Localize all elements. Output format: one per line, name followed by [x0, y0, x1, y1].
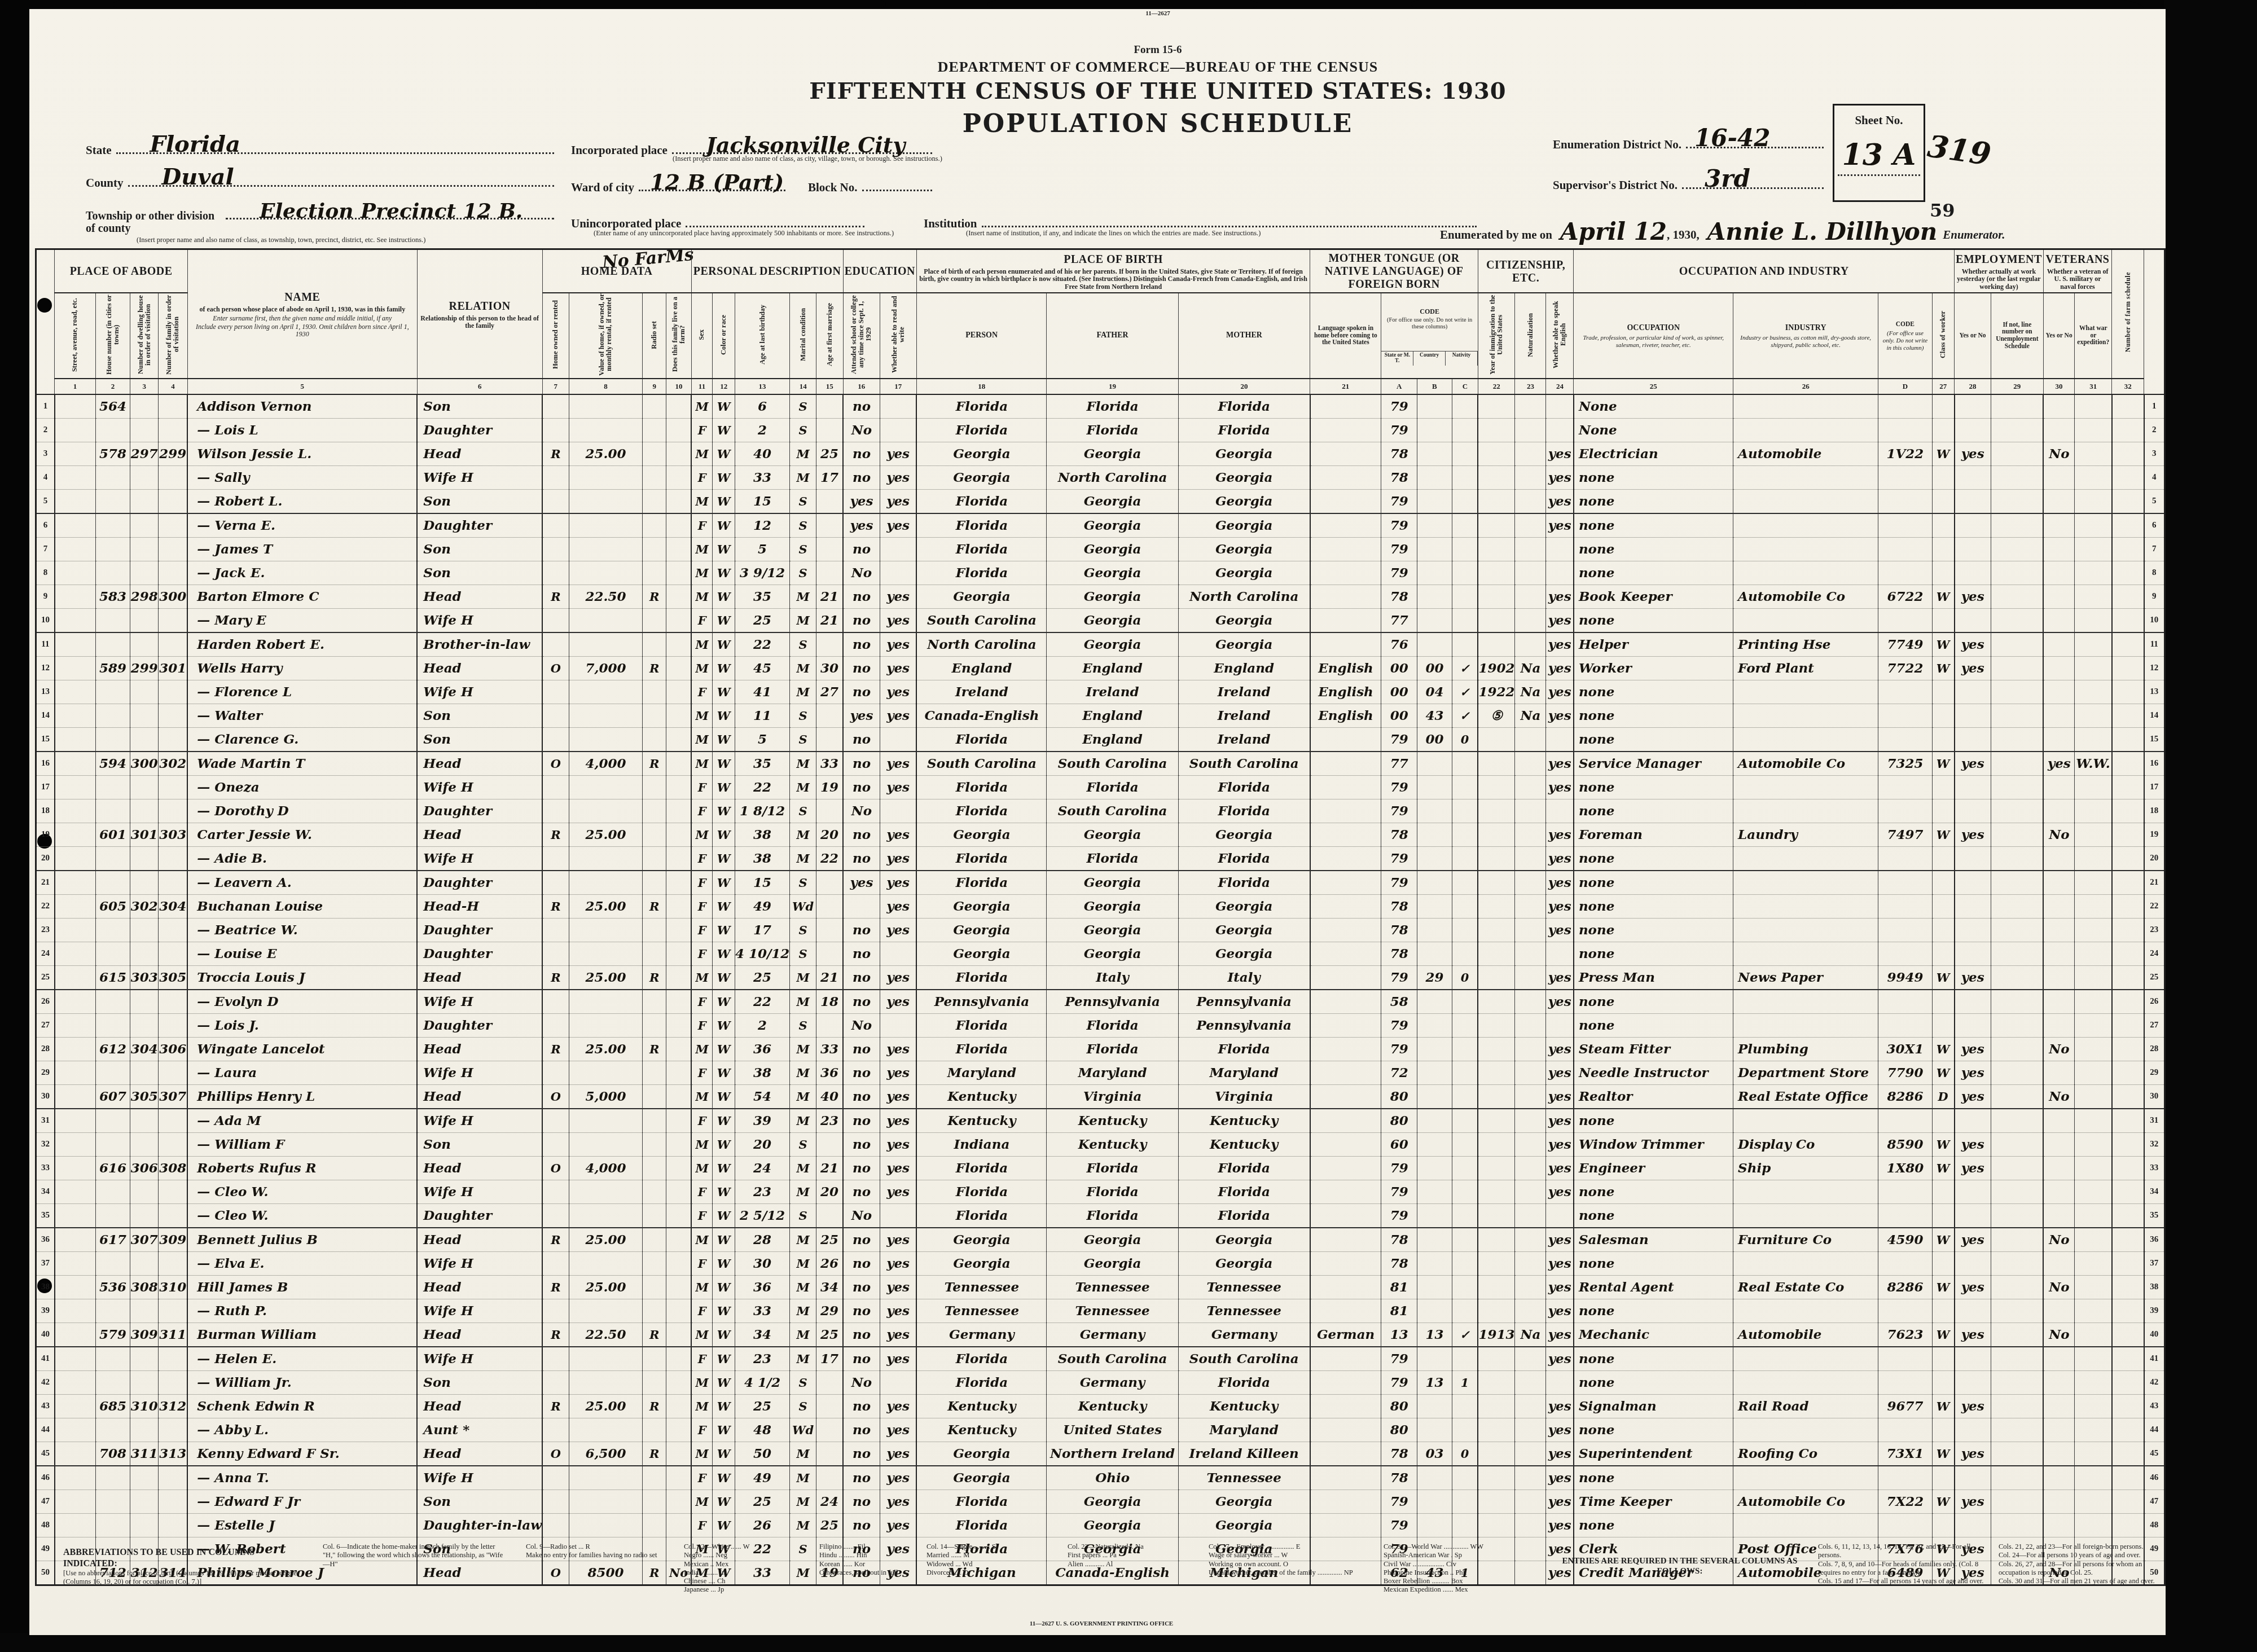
cell-r44-farm [666, 1418, 691, 1442]
cell-r13-sex: F [691, 680, 713, 704]
cell-r7-ln: 7 [36, 538, 55, 561]
cell-r6-rel: Daughter [417, 513, 542, 538]
cell-r47-imm [1478, 1490, 1515, 1514]
cell-r23-radio [643, 919, 666, 942]
cell-r40-sch: no [843, 1323, 880, 1347]
cell-r46-cls [1932, 1466, 1955, 1490]
cell-r46-age: 49 [735, 1466, 789, 1490]
cell-r34-pbm: Florida [1178, 1180, 1310, 1204]
cell-r41-work [1955, 1347, 1991, 1371]
township-field: Township or other division of county Ele… [86, 210, 554, 235]
cell-r23-lang [1310, 919, 1381, 942]
column-number: 16 [843, 379, 880, 394]
incorporated-label: Incorporated place [571, 143, 668, 157]
cell-r6-lang [1310, 513, 1381, 538]
cell-r4-farm [666, 466, 691, 490]
cell-r1-vet [2043, 394, 2075, 419]
sheet-extra-number: 319 [1925, 128, 1993, 172]
cell-r3-imm [1478, 442, 1515, 466]
cell-r26-c [1452, 990, 1478, 1014]
cell-r36-pb: Georgia [916, 1228, 1047, 1252]
cell-r16-occ: Service Manager [1574, 752, 1733, 776]
bottom-print-code: 11—2627 U. S. GOVERNMENT PRINTING OFFICE [819, 1620, 1384, 1627]
cell-r24-ln: 24 [36, 942, 55, 966]
cell-r33-ln: 33 [36, 1157, 55, 1180]
group-header: HOME DATA [542, 249, 691, 293]
column-number: 24 [1546, 379, 1574, 394]
column-number: 22 [1478, 379, 1515, 394]
cell-r31-street [55, 1109, 95, 1133]
cell-r17-rel: Wife H [417, 776, 542, 799]
cell-r18-a: 79 [1381, 799, 1417, 823]
cell-r32-name: — William F [187, 1133, 417, 1157]
census-scan-page: { "form": { "top_print": "11—2627", "for… [0, 0, 2257, 1652]
cell-r26-col: W [713, 990, 735, 1014]
cell-r34-pb: Florida [916, 1180, 1047, 1204]
cell-r29-pbm: Maryland [1178, 1061, 1310, 1085]
cell-r15-sch: no [843, 728, 880, 752]
cell-r4-c [1452, 466, 1478, 490]
group-header: OCCUPATION AND INDUSTRY [1574, 249, 1955, 293]
table-row: 16594300302Wade Martin THeadO4,000RMW35M… [36, 752, 2165, 776]
cell-r39-rel: Wife H [417, 1299, 542, 1323]
cell-r4-ind [1733, 466, 1878, 490]
cell-r10-agem: 21 [816, 609, 844, 633]
cell-r15-fsch [2112, 728, 2144, 752]
cell-r16-val: 4,000 [569, 752, 642, 776]
cell-r40-pb: Germany [916, 1323, 1047, 1347]
cell-r35-radio [643, 1204, 666, 1228]
cell-r32-work: yes [1955, 1133, 1991, 1157]
cell-r34-lnr: 34 [2144, 1180, 2165, 1204]
cell-r29-occ: Needle Instructor [1574, 1061, 1733, 1085]
cell-r19-street [55, 823, 95, 847]
cell-r17-ind [1733, 776, 1878, 799]
cell-r6-ln: 6 [36, 513, 55, 538]
cell-r47-lnr: 47 [2144, 1490, 2165, 1514]
cell-r28-lang [1310, 1038, 1381, 1061]
cell-r43-fam: 312 [159, 1395, 188, 1418]
cell-r32-pb: Indiana [916, 1133, 1047, 1157]
cell-r19-lang [1310, 823, 1381, 847]
column-header: OCCUPATIONTrade, profession, or particul… [1574, 293, 1733, 379]
cell-r41-eng: yes [1546, 1347, 1574, 1371]
cell-r37-rel: Wife H [417, 1252, 542, 1276]
cell-r17-ln: 17 [36, 776, 55, 799]
cell-r3-fsch [2112, 442, 2144, 466]
cell-r28-rel: Head [417, 1038, 542, 1061]
cell-r43-a: 80 [1381, 1395, 1417, 1418]
cell-r39-war [2075, 1299, 2112, 1323]
column-header: Whether able to read and write [880, 293, 916, 379]
column-number: 29 [1991, 379, 2043, 394]
cell-r30-pbf: Virginia [1047, 1085, 1178, 1109]
cell-r48-cls [1932, 1514, 1955, 1537]
cell-r14-age: 11 [735, 704, 789, 728]
cell-r23-farm [666, 919, 691, 942]
cell-r19-nat [1515, 823, 1546, 847]
census-title: FIFTEENTH CENSUS OF THE UNITED STATES: 1… [735, 78, 1581, 104]
cell-r47-dw [130, 1490, 159, 1514]
cell-r2-age: 2 [735, 419, 789, 442]
unincorporated-caption: (Enter name of any unincorporated place … [594, 229, 894, 238]
cell-r3-occ: Electrician [1574, 442, 1733, 466]
cell-r33-code: 1X80 [1878, 1157, 1932, 1180]
cell-r31-pbm: Kentucky [1178, 1109, 1310, 1133]
cell-r24-fsch [2112, 942, 2144, 966]
cell-r34-own [542, 1180, 569, 1204]
cell-r32-lnr: 32 [2144, 1133, 2165, 1157]
cell-r29-war [2075, 1061, 2112, 1085]
cell-r24-vet [2043, 942, 2075, 966]
cell-r45-pb: Georgia [916, 1442, 1047, 1466]
cell-r30-war [2075, 1085, 2112, 1109]
cell-r42-cls [1932, 1371, 1955, 1395]
cell-r46-ln: 46 [36, 1466, 55, 1490]
cell-r38-sex: M [691, 1276, 713, 1299]
cell-r4-imm [1478, 466, 1515, 490]
cell-r17-name: — Oneza [187, 776, 417, 799]
cell-r47-fsch [2112, 1490, 2144, 1514]
cell-r45-c: 0 [1452, 1442, 1478, 1466]
cell-r46-nat [1515, 1466, 1546, 1490]
cell-r26-ind [1733, 990, 1878, 1014]
cell-r1-eng [1546, 394, 1574, 419]
table-row: 43685310312Schenk Edwin RHeadR25.00RMW25… [36, 1395, 2165, 1418]
cell-r43-lnr: 43 [2144, 1395, 2165, 1418]
cell-r46-agem [816, 1466, 844, 1490]
cell-r42-pbf: Germany [1047, 1371, 1178, 1395]
cell-r13-age: 41 [735, 680, 789, 704]
cell-r44-sex: F [691, 1418, 713, 1442]
cell-r15-agem [816, 728, 844, 752]
cell-r13-c: ✓ [1452, 680, 1478, 704]
cell-r41-farm [666, 1347, 691, 1371]
cell-r4-rw: yes [880, 466, 916, 490]
cell-r36-house: 617 [95, 1228, 130, 1252]
cell-r35-pbm: Florida [1178, 1204, 1310, 1228]
cell-r23-work [1955, 919, 1991, 942]
cell-r30-cls: D [1932, 1085, 1955, 1109]
cell-r34-b [1417, 1180, 1452, 1204]
cell-r33-val: 4,000 [569, 1157, 642, 1180]
column-number: 25 [1574, 379, 1733, 394]
cell-r7-pb: Florida [916, 538, 1047, 561]
cell-r10-occ: none [1574, 609, 1733, 633]
table-row: 21— Leavern A.DaughterFW15SyesyesFlorida… [36, 871, 2165, 895]
cell-r7-pbf: Georgia [1047, 538, 1178, 561]
cell-r14-occ: none [1574, 704, 1733, 728]
cell-r6-val [569, 513, 642, 538]
cell-r27-rel: Daughter [417, 1014, 542, 1038]
cell-r37-cls [1932, 1252, 1955, 1276]
cell-r14-mar: S [790, 704, 816, 728]
cell-r1-work [1955, 394, 1991, 419]
cell-r3-vet: No [2043, 442, 2075, 466]
sheet-number-box: Sheet No. 13 A [1833, 104, 1925, 202]
cell-r21-pb: Florida [916, 871, 1047, 895]
cell-r31-mar: M [790, 1109, 816, 1133]
cell-r41-war [2075, 1347, 2112, 1371]
cell-r42-a: 79 [1381, 1371, 1417, 1395]
cell-r4-sex: F [691, 466, 713, 490]
cell-r6-a: 79 [1381, 513, 1417, 538]
footer-block-4: Filipino ....... FilHindu ......... HinK… [819, 1543, 921, 1577]
column-number: B [1417, 379, 1452, 394]
cell-r11-work: yes [1955, 632, 1991, 657]
cell-r30-nat [1515, 1085, 1546, 1109]
cell-r24-agem [816, 942, 844, 966]
cell-r35-eng [1546, 1204, 1574, 1228]
form-number: Form 15-6 [848, 44, 1468, 56]
cell-r10-age: 25 [735, 609, 789, 633]
cell-r17-fsch [2112, 776, 2144, 799]
cell-r16-sex: M [691, 752, 713, 776]
cell-r24-age: 4 10/12 [735, 942, 789, 966]
footer-block-10: Cols. 6, 11, 12, 13, 14, 16, 18, 19, 20,… [1818, 1543, 1987, 1585]
cell-r19-house: 601 [95, 823, 130, 847]
table-row: 5— Robert L.SonMW15SyesyesFloridaGeorgia… [36, 490, 2165, 514]
cell-r44-c [1452, 1418, 1478, 1442]
cell-r48-rel: Daughter-in-law [417, 1514, 542, 1537]
cell-r8-cls [1932, 561, 1955, 585]
cell-r9-dw: 298 [130, 585, 159, 609]
table-row: 46— Anna T.Wife HFW49MnoyesGeorgiaOhioTe… [36, 1466, 2165, 1490]
cell-r46-c [1452, 1466, 1478, 1490]
cell-r43-lang [1310, 1395, 1381, 1418]
cell-r25-vet [2043, 966, 2075, 990]
cell-r47-sex: M [691, 1490, 713, 1514]
enum-district-field: Enumeration District No. 16-42 [1553, 138, 1824, 152]
cell-r15-rw [880, 728, 916, 752]
cell-r36-work: yes [1955, 1228, 1991, 1252]
cell-r18-ind [1733, 799, 1878, 823]
table-row: 24— Louise EDaughterFW4 10/12SnoGeorgiaG… [36, 942, 2165, 966]
ward-field: Ward of city 12 B (Part) [571, 181, 785, 195]
cell-r14-code [1878, 704, 1932, 728]
cell-r26-rel: Wife H [417, 990, 542, 1014]
cell-r26-war [2075, 990, 2112, 1014]
cell-r9-a: 78 [1381, 585, 1417, 609]
cell-r37-house [95, 1252, 130, 1276]
cell-r24-own [542, 942, 569, 966]
cell-r23-code [1878, 919, 1932, 942]
cell-r5-lnr: 5 [2144, 490, 2165, 514]
cell-r39-radio [643, 1299, 666, 1323]
cell-r34-war [2075, 1180, 2112, 1204]
cell-r45-occ: Superintendent [1574, 1442, 1733, 1466]
cell-r31-ln: 31 [36, 1109, 55, 1133]
cell-r36-vet: No [2043, 1228, 2075, 1252]
cell-r7-val [569, 538, 642, 561]
cell-r40-code: 7623 [1878, 1323, 1932, 1347]
cell-r9-pbf: Georgia [1047, 585, 1178, 609]
cell-r48-occ: none [1574, 1514, 1733, 1537]
column-number: 4 [159, 379, 188, 394]
cell-r29-street [55, 1061, 95, 1085]
cell-r33-mar: M [790, 1157, 816, 1180]
cell-r9-work: yes [1955, 585, 1991, 609]
cell-r26-imm [1478, 990, 1515, 1014]
cell-r8-dw [130, 561, 159, 585]
cell-r39-lnr: 39 [2144, 1299, 2165, 1323]
cell-r28-war [2075, 1038, 2112, 1061]
cell-r48-street [55, 1514, 95, 1537]
enum-district-value: 16-42 [1694, 126, 1770, 150]
cell-r29-work: yes [1955, 1061, 1991, 1085]
cell-r46-ind [1733, 1466, 1878, 1490]
cell-r21-c [1452, 871, 1478, 895]
scan-edge-right [2164, 0, 2257, 1652]
cell-r40-dw: 309 [130, 1323, 159, 1347]
sheet-value: 13 A [1838, 138, 1921, 176]
cell-r40-b: 13 [1417, 1323, 1452, 1347]
cell-r24-val [569, 942, 642, 966]
cell-r35-work [1955, 1204, 1991, 1228]
cell-r18-c [1452, 799, 1478, 823]
cell-r31-eng: yes [1546, 1109, 1574, 1133]
cell-r37-val [569, 1252, 642, 1276]
cell-r1-unl [1991, 394, 2043, 419]
cell-r7-nat [1515, 538, 1546, 561]
cell-r36-rw: yes [880, 1228, 916, 1252]
cell-r20-eng: yes [1546, 847, 1574, 871]
cell-r30-occ: Realtor [1574, 1085, 1733, 1109]
cell-r18-fam [159, 799, 188, 823]
cell-r7-a: 79 [1381, 538, 1417, 561]
cell-r19-c [1452, 823, 1478, 847]
cell-r37-work [1955, 1252, 1991, 1276]
cell-r19-own: R [542, 823, 569, 847]
column-number: 15 [816, 379, 844, 394]
incorporated-line: Jacksonville City [672, 148, 932, 154]
cell-r8-rw [880, 561, 916, 585]
cell-r42-ln: 42 [36, 1371, 55, 1395]
cell-r22-c [1452, 895, 1478, 919]
cell-r42-name: — William Jr. [187, 1371, 417, 1395]
column-header: Year of immigration to the United States [1478, 293, 1515, 379]
cell-r11-code: 7749 [1878, 632, 1932, 657]
cell-r31-pbf: Kentucky [1047, 1109, 1178, 1133]
cell-r14-sch: yes [843, 704, 880, 728]
cell-r27-a: 79 [1381, 1014, 1417, 1038]
cell-r29-lnr: 29 [2144, 1061, 2165, 1085]
cell-r1-house: 564 [95, 394, 130, 419]
cell-r16-own: O [542, 752, 569, 776]
cell-r31-fam [159, 1109, 188, 1133]
cell-r37-sch: no [843, 1252, 880, 1276]
cell-r10-nat [1515, 609, 1546, 633]
cell-r33-pbf: Florida [1047, 1157, 1178, 1180]
cell-r1-mar: S [790, 394, 816, 419]
cell-r9-farm [666, 585, 691, 609]
cell-r16-war: W.W. [2075, 752, 2112, 776]
cell-r8-work [1955, 561, 1991, 585]
cell-r13-eng: yes [1546, 680, 1574, 704]
cell-r38-ln: 38 [36, 1276, 55, 1299]
cell-r1-val [569, 394, 642, 419]
cell-r3-ind: Automobile [1733, 442, 1878, 466]
cell-r17-nat [1515, 776, 1546, 799]
cell-r35-vet [2043, 1204, 2075, 1228]
cell-r41-house [95, 1347, 130, 1371]
cell-r47-vet [2043, 1490, 2075, 1514]
cell-r20-lnr: 20 [2144, 847, 2165, 871]
cell-r12-vet [2043, 657, 2075, 680]
cell-r32-ind: Display Co [1733, 1133, 1878, 1157]
cell-r42-code [1878, 1371, 1932, 1395]
cell-r31-ind [1733, 1109, 1878, 1133]
cell-r42-fam [159, 1371, 188, 1395]
cell-r6-occ: none [1574, 513, 1733, 538]
cell-r31-house [95, 1109, 130, 1133]
cell-r5-c [1452, 490, 1478, 514]
cell-r5-name: — Robert L. [187, 490, 417, 514]
cell-r35-mar: S [790, 1204, 816, 1228]
cell-r26-val [569, 990, 642, 1014]
cell-r48-ln: 48 [36, 1514, 55, 1537]
cell-r14-lang: English [1310, 704, 1381, 728]
cell-r11-rel: Brother-in-law [417, 632, 542, 657]
cell-r5-radio [643, 490, 666, 514]
cell-r1-radio [643, 394, 666, 419]
column-header: Color or race [713, 293, 735, 379]
cell-r28-farm [666, 1038, 691, 1061]
cell-r36-radio [643, 1228, 666, 1252]
institution-line [982, 221, 1477, 227]
table-row: 48— Estelle JDaughter-in-lawFW26M25noyes… [36, 1514, 2165, 1537]
cell-r27-lnr: 27 [2144, 1014, 2165, 1038]
enumerator-label: Enumerator. [1943, 228, 2005, 242]
cell-r43-work: yes [1955, 1395, 1991, 1418]
cell-r22-b [1417, 895, 1452, 919]
cell-r22-street [55, 895, 95, 919]
county-value: Duval [162, 166, 234, 188]
cell-r17-col: W [713, 776, 735, 799]
cell-r30-sex: M [691, 1085, 713, 1109]
cell-r12-c: ✓ [1452, 657, 1478, 680]
cell-r40-own: R [542, 1323, 569, 1347]
cell-r18-agem [816, 799, 844, 823]
cell-r34-vet [2043, 1180, 2075, 1204]
state-value: Florida [150, 133, 240, 156]
cell-r8-fsch [2112, 561, 2144, 585]
cell-r15-mar: S [790, 728, 816, 752]
cell-r21-pbf: Georgia [1047, 871, 1178, 895]
cell-r5-unl [1991, 490, 2043, 514]
cell-r29-imm [1478, 1061, 1515, 1085]
cell-r42-radio [643, 1371, 666, 1395]
cell-r20-rel: Wife H [417, 847, 542, 871]
cell-r45-own: O [542, 1442, 569, 1466]
cell-r42-farm [666, 1371, 691, 1395]
cell-r43-rw: yes [880, 1395, 916, 1418]
table-row: 1564Addison VernonSonMW6SnoFloridaFlorid… [36, 394, 2165, 419]
cell-r13-name: — Florence L [187, 680, 417, 704]
cell-r39-pbf: Tennessee [1047, 1299, 1178, 1323]
cell-r9-eng: yes [1546, 585, 1574, 609]
cell-r34-occ: none [1574, 1180, 1733, 1204]
cell-r30-eng: yes [1546, 1085, 1574, 1109]
cell-r22-house: 605 [95, 895, 130, 919]
cell-r25-unl [1991, 966, 2043, 990]
cell-r35-col: W [713, 1204, 735, 1228]
cell-r44-age: 48 [735, 1418, 789, 1442]
cell-r15-farm [666, 728, 691, 752]
column-header: Attended school or college any time sinc… [843, 293, 880, 379]
cell-r13-pbf: Ireland [1047, 680, 1178, 704]
cell-r26-street [55, 990, 95, 1014]
